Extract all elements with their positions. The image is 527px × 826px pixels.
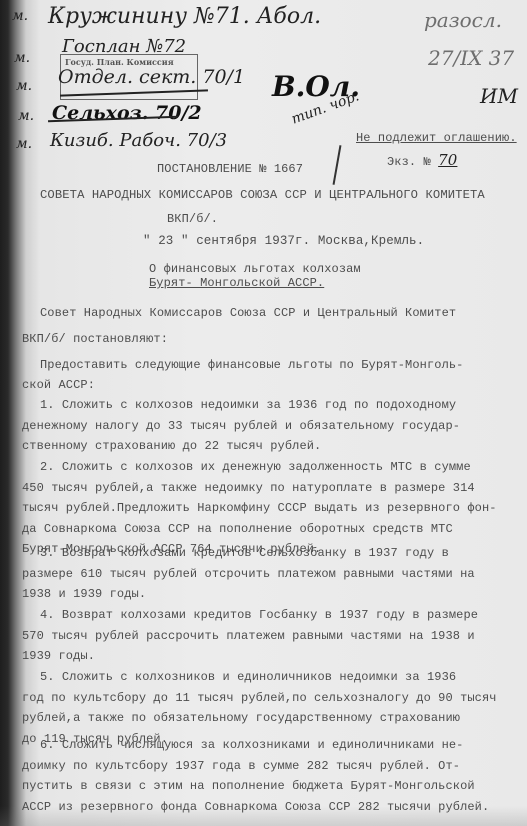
- item-5-line: рублей,а также по обязательному государс…: [22, 711, 460, 725]
- copy-label: Экз. №: [387, 155, 431, 169]
- dispatch-note: разосл.: [424, 8, 502, 32]
- item-5-line: 5. Сложить с колхозников и единоличников…: [40, 670, 456, 684]
- item-6-line: пустить в связи с этим на пополнение бюд…: [22, 779, 475, 793]
- item-6-line: АССР из резервного фонда Совнаркома Союз…: [22, 800, 489, 814]
- item-3-line: размере 610 тысяч рублей отсрочить плате…: [22, 567, 475, 581]
- item-6-line: 6. Сложить числящуюся за колхозниками и …: [40, 738, 463, 752]
- distribution-line-5: Кизиб. Рабоч. 70/3: [50, 130, 227, 151]
- copy-number: 70: [438, 151, 457, 169]
- resolution-title: ПОСТАНОВЛЕНИЕ № 1667: [157, 162, 303, 176]
- item-1-line: 1. Сложить с колхозов недоимки за 1936 г…: [40, 398, 456, 412]
- restriction-note: Не подлежит оглашению.: [356, 131, 517, 145]
- margin-mark: м.: [16, 78, 32, 94]
- item-2-line: тысяч рублей.Предложить Наркомфину СССР …: [22, 501, 497, 515]
- item-1-line: денежному налогу до 33 тысяч рублей и об…: [22, 419, 460, 433]
- distribution-line-1: Кружинину №71. Абол.: [48, 4, 321, 29]
- item-2-line: 450 тысяч рублей,а также недоимку по нат…: [22, 481, 475, 495]
- distribution-line-3: Отдел. сект. 70/1: [58, 66, 245, 88]
- intro-line-2: ской АССР:: [22, 378, 95, 392]
- item-1-line: ственному страхованию до 22 тысяч рублей…: [22, 439, 321, 453]
- intro-line-1: Предоставить следующие финансовые льготы…: [40, 358, 463, 372]
- issuer-line-1: СОВЕТА НАРОДНЫХ КОМИССАРОВ СОЮЗА ССР И Ц…: [40, 188, 485, 202]
- margin-mark: м.: [18, 108, 34, 124]
- document-page: м. м. м. м. м. Кружинину №71. Абол. Госп…: [0, 0, 527, 826]
- item-2-line: 2. Сложить с колхозов их денежную задолж…: [40, 460, 471, 474]
- subject-line-1: О финансовых льготах колхозам: [149, 262, 361, 276]
- item-4-line: 1939 годы.: [22, 649, 95, 663]
- pen-stroke: [333, 145, 342, 185]
- initials: ИМ: [480, 84, 518, 108]
- date-place: " 23 " сентября 1937г. Москва,Кремль.: [143, 234, 424, 248]
- margin-mark: м.: [14, 50, 30, 66]
- item-4-line: 4. Возврат колхозами кредитов Госбанку в…: [40, 608, 478, 622]
- dispatch-date: 27/IX 37: [428, 46, 514, 70]
- margin-mark: м.: [12, 8, 28, 24]
- margin-mark: м.: [16, 136, 32, 152]
- item-6-line: доимку по культсбору 1937 года в сумме 2…: [22, 759, 460, 773]
- preamble-line-1: Совет Народных Комиссаров Союза ССР и Це…: [40, 306, 456, 320]
- item-3-line: 3. Возврат колхозами кредитов Сельхозбан…: [40, 546, 449, 560]
- subject-line-2: Бурят- Монгольской АССР.: [149, 276, 324, 290]
- item-2-line: да Совнаркома Союза ССР на пополнение об…: [22, 522, 453, 536]
- item-4-line: 570 тысяч рублей рассрочить платежем рав…: [22, 629, 475, 643]
- preamble-line-2: ВКП/б/ постановляют:: [22, 332, 168, 346]
- item-5-line: год по культсбору до 11 тысяч рублей,по …: [22, 691, 497, 705]
- item-3-line: 1938 и 1939 годы.: [22, 587, 146, 601]
- copy-number-label: Экз. № 70: [387, 151, 457, 169]
- issuer-line-2: ВКП/б/.: [167, 212, 218, 226]
